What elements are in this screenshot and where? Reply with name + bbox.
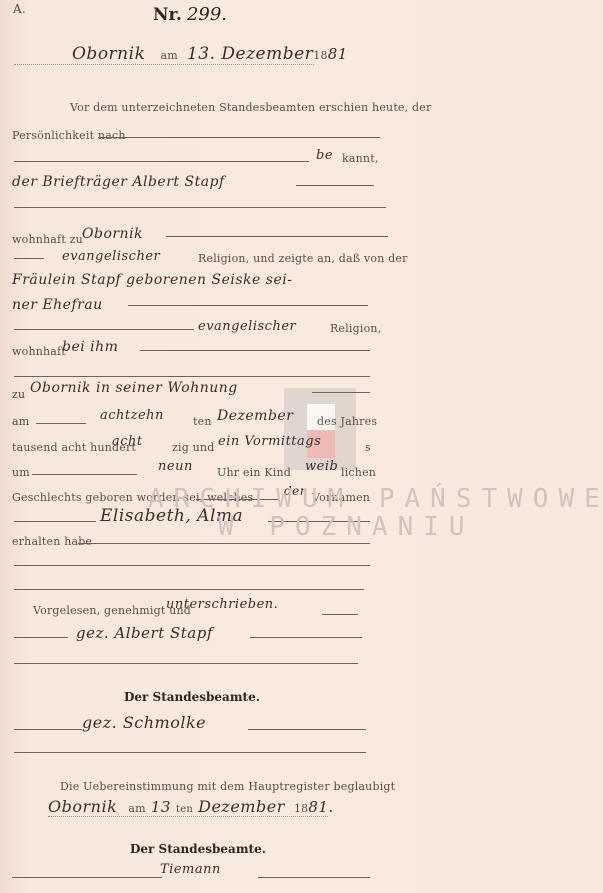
mother-religion: evangelischer xyxy=(198,319,296,334)
child-sex: weib xyxy=(305,459,338,474)
number-value: 299. xyxy=(187,4,227,25)
persoenlichkeit-label: Persönlichkeit nach xyxy=(12,129,126,142)
erhalten-label: erhalten habe xyxy=(12,535,92,548)
s-label: s xyxy=(365,441,371,454)
cert-month: Dezember xyxy=(198,797,285,816)
religion-text-1: Religion, und zeigte an, daß von der xyxy=(198,252,408,265)
header-am: am xyxy=(160,49,177,62)
document-page: A. Nr. 299. Obornik am 13. Dezember1881 … xyxy=(0,0,603,893)
standesbeamte-heading-2: Der Standesbeamte. xyxy=(130,842,266,856)
header-year-prefix: 18 xyxy=(313,49,327,62)
birth-month: Dezember xyxy=(217,408,293,424)
official-signature: gez. Schmolke xyxy=(82,713,206,732)
header-date: 13. Dezember xyxy=(187,44,313,64)
archive-watermark-line-2: W POZNANIU xyxy=(218,512,475,542)
zig-label: zig und xyxy=(172,441,214,454)
declarant-name: der Briefträger Albert Stapf xyxy=(12,174,225,190)
uebereinstimmung-text: Die Uebereinstimmung mit dem Hauptregist… xyxy=(60,780,395,793)
birth-year-unit: ein Vormittags xyxy=(218,434,321,449)
ten-label: ten xyxy=(193,415,212,428)
lichen-label: lichen xyxy=(341,466,376,479)
father-religion: evangelischer xyxy=(62,249,160,264)
cert-ten: ten xyxy=(176,804,193,815)
wohnhaft-zu-label: wohnhaft zu xyxy=(12,233,83,246)
certification-date-line: Obornik am 13 ten Dezember 1881. xyxy=(48,797,334,816)
cert-year-suffix: 81. xyxy=(308,798,333,816)
zu-label: zu xyxy=(12,388,25,401)
um-label: um xyxy=(12,466,30,479)
birth-hour: neun xyxy=(158,459,193,474)
am-label: am xyxy=(12,415,29,428)
wohnhaft-zu-value: Obornik xyxy=(82,226,143,242)
cert-place: Obornik xyxy=(48,797,117,816)
unterschrieben-hand: unterschrieben. xyxy=(166,597,278,612)
declarant-signature: gez. Albert Stapf xyxy=(76,624,213,642)
header-year-suffix: 81 xyxy=(328,45,348,63)
mother-line-2: ner Ehefrau xyxy=(12,297,103,313)
birth-decade: acht xyxy=(112,434,143,449)
intro-text: Vor dem unterzeichneten Standesbeamten e… xyxy=(70,101,431,114)
cert-year-prefix: 18 xyxy=(294,802,308,815)
final-signature: Tiemann xyxy=(160,862,221,877)
birth-day: achtzehn xyxy=(100,408,164,423)
archive-watermark-line-1: ARCHIWUM PAŃSTWOWE xyxy=(148,484,603,514)
mother-line-1: Fräulein Stapf geborenen Seiske sei- xyxy=(12,272,292,288)
bekannt-label: kannt, xyxy=(342,152,379,165)
record-number: Nr. 299. xyxy=(153,4,227,25)
number-label: Nr. xyxy=(153,5,182,25)
birth-place: Obornik in seiner Wohnung xyxy=(30,380,238,396)
religion-text-2: Religion, xyxy=(330,322,381,335)
wohnhaft-label: wohnhaft xyxy=(12,345,66,358)
standesbeamte-heading-1: Der Standesbeamte. xyxy=(124,690,260,704)
bekannt-hand: be xyxy=(316,148,333,163)
cert-day: 13 xyxy=(151,798,171,816)
des-jahres-label: des Jahres xyxy=(317,415,377,428)
wohnhaft-value: bei ihm xyxy=(62,339,118,355)
header-place: Obornik xyxy=(72,44,145,64)
cert-am: am xyxy=(128,802,145,815)
header-date-line: Obornik am 13. Dezember1881 xyxy=(72,44,348,64)
uhr-label: Uhr ein Kind xyxy=(217,466,291,479)
form-letter: A. xyxy=(13,2,26,16)
